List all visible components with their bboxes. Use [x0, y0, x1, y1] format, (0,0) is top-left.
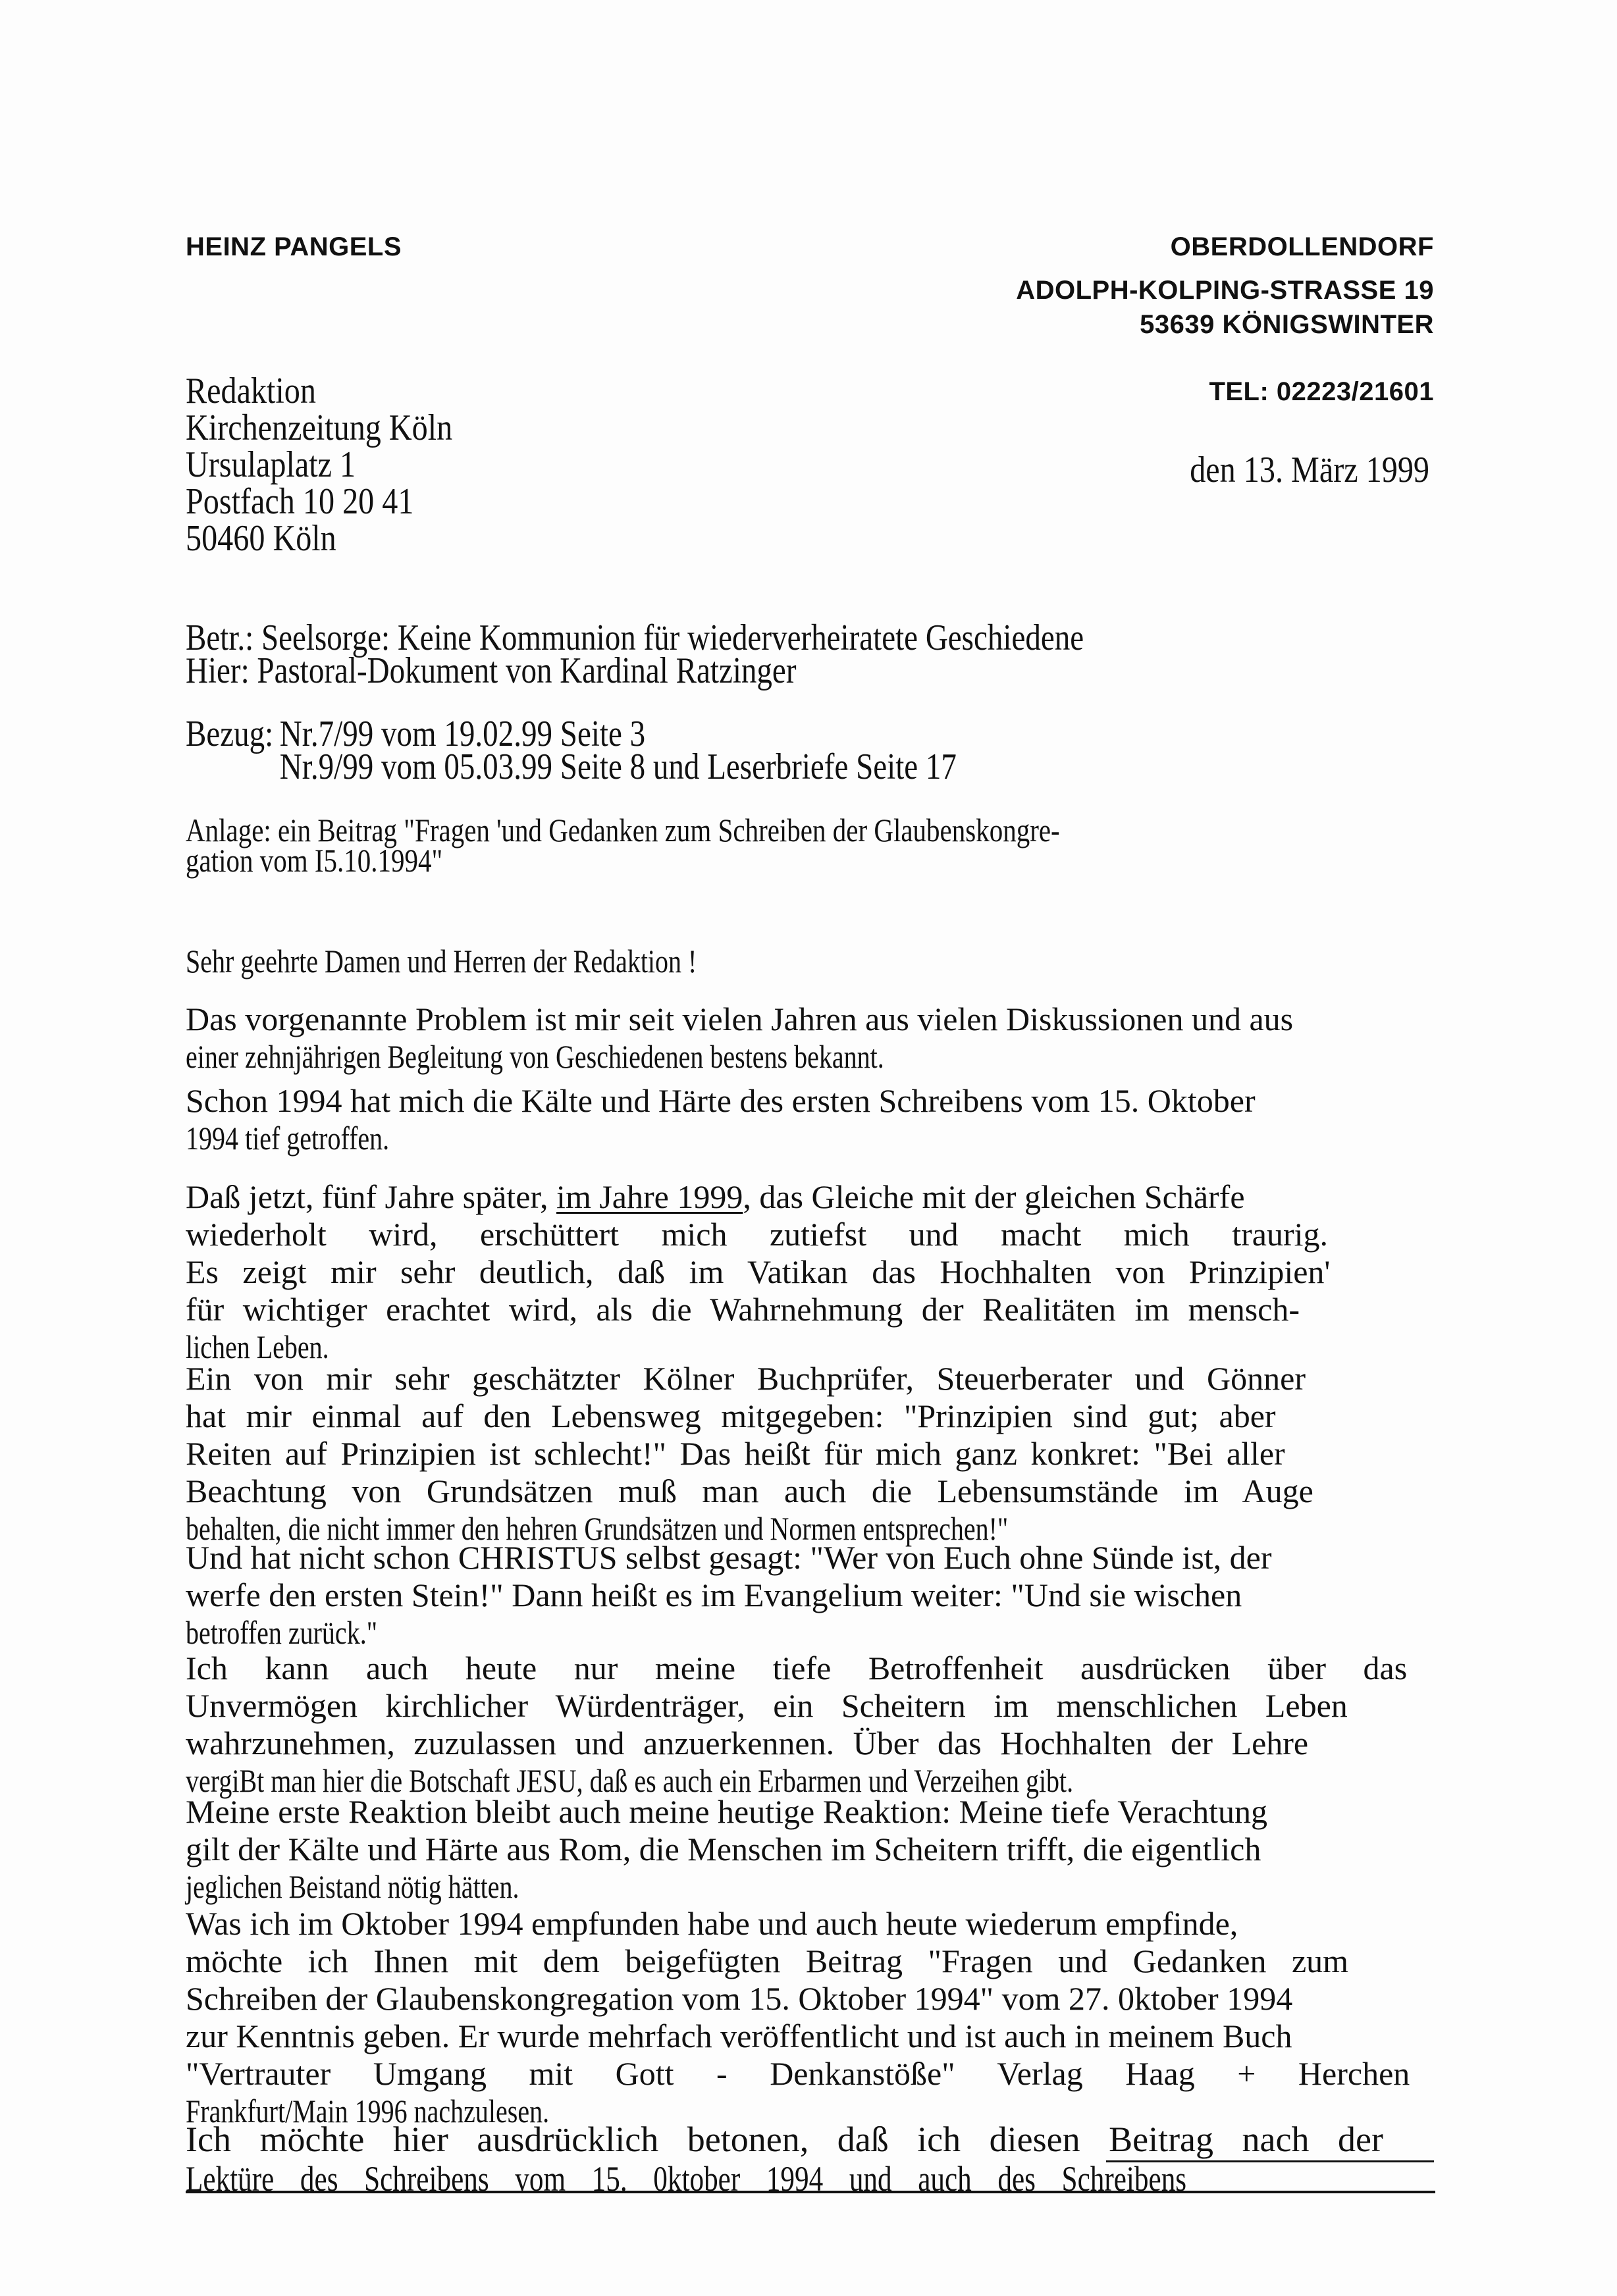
recipient-address: Redaktion Kirchenzeitung Köln Ursulaplat… [186, 373, 452, 557]
text-line: betroffen zurück." [186, 1614, 1185, 1652]
sender-phone: TEL: 02223/21601 [841, 377, 1434, 407]
subject-line-1: Betr.: Seelsorge: Keine Kommunion für wi… [186, 621, 1084, 654]
subject-line-2: Hier: Pastoral-Dokument von Kardinal Rat… [186, 654, 1084, 687]
text-line: Es zeigt mir sehr deutlich, daß im Vatik… [186, 1253, 1435, 1291]
paragraph-5: Und hat nicht schon CHRISTUS selbst gesa… [186, 1539, 1435, 1652]
text-line: Daß jetzt, fünf Jahre später, im Jahre 1… [186, 1178, 1435, 1216]
text-line: für wichtiger erachtet wird, als die Wah… [186, 1291, 1435, 1328]
underline-rule [1106, 2160, 1434, 2162]
enclosure-line-1: Anlage: ein Beitrag "Fragen 'und Gedanke… [186, 815, 1060, 845]
text-line: jeglichen Beistand nötig hätten. [186, 1868, 1185, 1906]
recipient-line: Redaktion [186, 373, 452, 409]
sender-city: 53639 KÖNIGSWINTER [776, 309, 1434, 340]
reference-line-1: Nr.7/99 vom 19.02.99 Seite 3 [280, 717, 645, 750]
text-segment: , das Gleiche mit der gleichen Schärfe [743, 1178, 1244, 1215]
recipient-line: Kirchenzeitung Köln [186, 409, 452, 446]
sender-street: ADOLPH-KOLPING-STRASSE 19 [776, 275, 1434, 305]
letter-page: HEINZ PANGELS OBERDOLLENDORF ADOLPH-KOLP… [0, 0, 1617, 2296]
text-line: hat mir einmal auf den Lebensweg mitgege… [186, 1397, 1435, 1435]
enclosure-note: Anlage: ein Beitrag "Fragen 'und Gedanke… [186, 815, 1060, 875]
reference-line-2: Nr.9/99 vom 05.03.99 Seite 8 und Leserbr… [186, 750, 957, 783]
paragraph-8: Was ich im Oktober 1994 empfunden habe u… [186, 1905, 1435, 2130]
text-line: 1994 tief getroffen. [186, 1120, 1185, 1157]
text-line: Schon 1994 hat mich die Kälte und Härte … [186, 1082, 1435, 1120]
salutation-text: Sehr geehrte Damen und Herren der Redakt… [186, 943, 1185, 980]
paragraph-6: Ich kann auch heute nur meine tiefe Betr… [186, 1650, 1435, 1800]
enclosure-line-2: gation vom I5.10.1994" [186, 845, 1060, 875]
text-line: Ich kann auch heute nur meine tiefe Betr… [186, 1650, 1435, 1687]
text-line: Meine erste Reaktion bleibt auch meine h… [186, 1793, 1435, 1831]
salutation: Sehr geehrte Damen und Herren der Redakt… [186, 943, 1435, 980]
letter-date: den 13. März 1999 [920, 452, 1429, 488]
text-line: wahrzunehmen, zuzulassen und anzuerkenne… [186, 1725, 1435, 1762]
reference-label: Bezug: [186, 717, 280, 750]
sender-place: OBERDOLLENDORF [841, 232, 1434, 262]
text-line: zur Kenntnis geben. Er wurde mehrfach ve… [186, 2018, 1435, 2055]
sender-name: HEINZ PANGELS [186, 232, 402, 262]
underlined-phrase: im Jahre 1999 [556, 1178, 743, 1215]
text-line: gilt der Kälte und Härte aus Rom, die Me… [186, 1831, 1435, 1868]
text-line: "Vertrauter Umgang mit Gott - Denkanstöß… [186, 2055, 1435, 2093]
text-line: wiederholt wird, erschüttert mich zutief… [186, 1216, 1435, 1253]
text-line: möchte ich Ihnen mit dem beigefügten Bei… [186, 1943, 1435, 1980]
text-line: Beachtung von Grundsätzen muß man auch d… [186, 1473, 1435, 1510]
text-line: Was ich im Oktober 1994 empfunden habe u… [186, 1905, 1435, 1943]
paragraph-1: Das vorgenannte Problem ist mir seit vie… [186, 1001, 1435, 1076]
paragraph-9: Ich möchte hier ausdrücklich betonen, da… [186, 2120, 1435, 2199]
paragraph-7: Meine erste Reaktion bleibt auch meine h… [186, 1793, 1435, 1906]
text-line: Reiten auf Prinzipien ist schlecht!" Das… [186, 1435, 1435, 1473]
text-line: Unvermögen kirchlicher Würdenträger, ein… [186, 1687, 1435, 1725]
underline-rule [186, 2191, 1435, 2193]
text-line: Und hat nicht schon CHRISTUS selbst gesa… [186, 1539, 1435, 1577]
text-line: Ich möchte hier ausdrücklich betonen, da… [186, 2120, 1435, 2159]
recipient-line: Ursulaplatz 1 [186, 446, 452, 483]
paragraph-3: Daß jetzt, fünf Jahre später, im Jahre 1… [186, 1178, 1435, 1366]
text-line: Ein von mir sehr geschätzter Kölner Buch… [186, 1360, 1435, 1397]
text-line: Schreiben der Glaubenskongregation vom 1… [186, 1980, 1435, 2018]
paragraph-4: Ein von mir sehr geschätzter Kölner Buch… [186, 1360, 1435, 1548]
recipient-line: Postfach 10 20 41 [186, 483, 452, 520]
text-line: werfe den ersten Stein!" Dann heißt es i… [186, 1577, 1435, 1614]
subject: Betr.: Seelsorge: Keine Kommunion für wi… [186, 621, 1084, 687]
recipient-line: 50460 Köln [186, 520, 452, 557]
text-line: Das vorgenannte Problem ist mir seit vie… [186, 1001, 1435, 1038]
text-segment: Daß jetzt, fünf Jahre später, [186, 1178, 556, 1215]
text-line: einer zehnjährigen Begleitung von Geschi… [186, 1038, 1185, 1076]
reference: Bezug: Nr.7/99 vom 19.02.99 Seite 3 Nr.9… [186, 717, 957, 783]
paragraph-2: Schon 1994 hat mich die Kälte und Härte … [186, 1082, 1435, 1157]
